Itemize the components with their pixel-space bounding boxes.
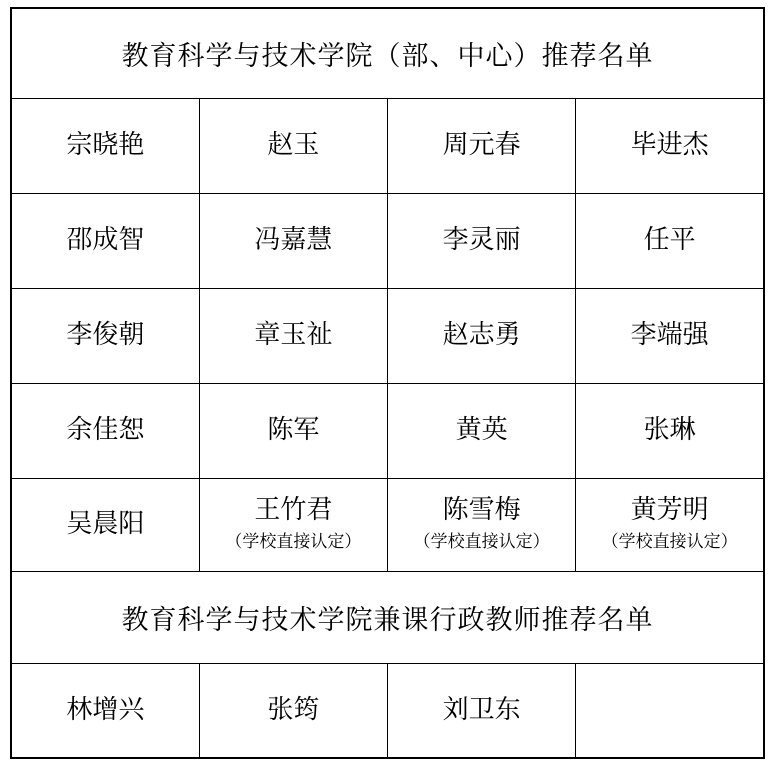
recommendation-table: 教育科学与技术学院（部、中心）推荐名单 宗晓艳 赵玉 周元春 毕进杰 邵成智 冯… — [10, 7, 765, 759]
table-row: 吴晨阳 王竹君 （学校直接认定） 陈雪梅 （学校直接认定） 黄芳明 （学校直接认… — [11, 478, 764, 571]
document-page: { "page": { "background_color": "#ffffff… — [0, 0, 771, 764]
person-note: （学校直接认定） — [200, 528, 387, 557]
person-name: 吴晨阳 — [12, 506, 199, 542]
person-name: 黄芳明 — [576, 492, 763, 528]
person-note: （学校直接认定） — [576, 528, 763, 557]
table-cell: 李俊朝 — [11, 288, 199, 383]
table-cell: 刘卫东 — [388, 663, 576, 758]
section2-title-row: 教育科学与技术学院兼课行政教师推荐名单 — [11, 571, 764, 663]
person-name: 邵成智 — [12, 222, 199, 258]
table-row: 李俊朝 章玉祉 赵志勇 李端强 — [11, 288, 764, 383]
table-row: 邵成智 冯嘉慧 李灵丽 任平 — [11, 193, 764, 288]
table-row: 林增兴 张筠 刘卫东 — [11, 663, 764, 758]
person-name: 陈军 — [200, 412, 387, 448]
section2-title: 教育科学与技术学院兼课行政教师推荐名单 — [11, 571, 764, 663]
person-name: 赵志勇 — [388, 317, 575, 353]
person-name: 王竹君 — [200, 492, 387, 528]
table-cell: 冯嘉慧 — [199, 193, 387, 288]
table-cell: 任平 — [576, 193, 764, 288]
section1-title: 教育科学与技术学院（部、中心）推荐名单 — [11, 8, 764, 98]
table-cell: 吴晨阳 — [11, 478, 199, 571]
table-cell: 黄芳明 （学校直接认定） — [576, 478, 764, 571]
person-name: 黄英 — [388, 412, 575, 448]
table-cell: 余佳恕 — [11, 383, 199, 478]
person-name: 周元春 — [388, 127, 575, 163]
table-cell: 李灵丽 — [388, 193, 576, 288]
person-name: 章玉祉 — [200, 317, 387, 353]
table-cell: 毕进杰 — [576, 98, 764, 193]
table-cell: 李端强 — [576, 288, 764, 383]
person-name: 刘卫东 — [388, 692, 575, 728]
table-cell: 周元春 — [388, 98, 576, 193]
person-name: 李灵丽 — [388, 222, 575, 258]
person-name: 陈雪梅 — [388, 492, 575, 528]
table-cell: 陈雪梅 （学校直接认定） — [388, 478, 576, 571]
person-name: 毕进杰 — [576, 127, 763, 163]
table-cell: 王竹君 （学校直接认定） — [199, 478, 387, 571]
person-name: 张筠 — [200, 692, 387, 728]
table-cell: 赵玉 — [199, 98, 387, 193]
table-cell: 张琳 — [576, 383, 764, 478]
table-cell: 黄英 — [388, 383, 576, 478]
person-name: 余佳恕 — [12, 412, 199, 448]
person-name: 冯嘉慧 — [200, 222, 387, 258]
table-cell: 陈军 — [199, 383, 387, 478]
person-name: 李俊朝 — [12, 317, 199, 353]
table-cell: 林增兴 — [11, 663, 199, 758]
person-name: 李端强 — [576, 317, 763, 353]
table-cell — [576, 663, 764, 758]
table-cell: 章玉祉 — [199, 288, 387, 383]
person-name: 宗晓艳 — [12, 127, 199, 163]
person-name: 林增兴 — [12, 692, 199, 728]
table-cell: 邵成智 — [11, 193, 199, 288]
person-note: （学校直接认定） — [388, 528, 575, 557]
person-name: 张琳 — [576, 412, 763, 448]
table-row: 宗晓艳 赵玉 周元春 毕进杰 — [11, 98, 764, 193]
table-cell: 宗晓艳 — [11, 98, 199, 193]
table-cell: 张筠 — [199, 663, 387, 758]
table-row: 余佳恕 陈军 黄英 张琳 — [11, 383, 764, 478]
section1-title-row: 教育科学与技术学院（部、中心）推荐名单 — [11, 8, 764, 98]
person-name: 任平 — [576, 222, 763, 258]
table-cell: 赵志勇 — [388, 288, 576, 383]
person-name: 赵玉 — [200, 127, 387, 163]
